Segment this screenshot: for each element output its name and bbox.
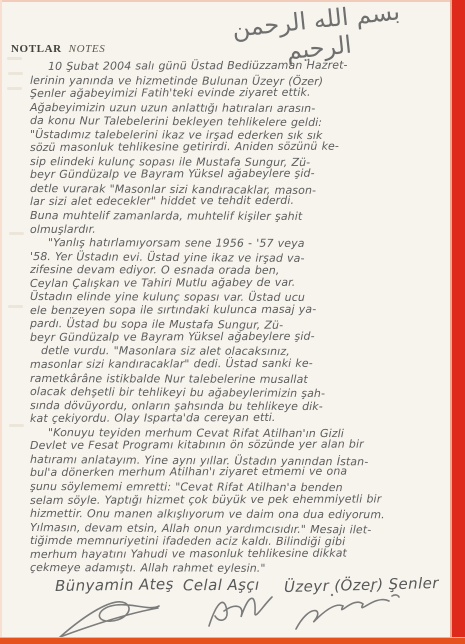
margin-smudge	[9, 424, 24, 427]
header-notes-label: NOTES	[69, 43, 106, 55]
handwritten-line: lar sizi alet edecekler" hiddet ve tehdi…	[30, 194, 456, 209]
margin-smudge	[9, 232, 24, 235]
scan-edge-top	[0, 0, 465, 2]
margin-smudge	[7, 57, 22, 60]
handwritten-line: 10 Şubat 2004 salı günü Üstad Bediüzzama…	[30, 58, 456, 73]
notebook-header: NOTLARNOTES	[11, 43, 105, 55]
red-border-bottom	[0, 637, 465, 644]
handwritten-line: olmuşlardır.	[30, 221, 456, 236]
handwritten-line: çekmeye adamıştı. Allah rahmet eylesin."	[30, 561, 456, 576]
handwritten-line: Devlet ve Fesat Programı kitabının ön sö…	[30, 437, 456, 452]
handwritten-line: ele benzeyen sopa ile sırtındaki kulunca…	[30, 302, 456, 317]
header-notlar-label: NOTLAR	[11, 43, 62, 55]
handwritten-line: "Yanlış hatırlamıyorsam sene 1956 - '57 …	[30, 236, 456, 251]
handwritten-line: selam söyle. Yaptığı hizmet çok büyük ve…	[30, 492, 456, 507]
signature-name-celal-asci: Celal Aşçı	[183, 576, 260, 595]
scan-edge-left	[0, 0, 2, 644]
handwritten-line: bul'a dönerken merhum Atilhan'ı ziyaret …	[30, 465, 456, 480]
handwritten-body: 10 Şubat 2004 salı günü Üstad Bediüzzama…	[30, 60, 456, 575]
handwritten-line: merhum hayatını Yahudi ve masonluk tehli…	[30, 546, 456, 561]
handwritten-line: kat çekiyordu. Olay Isparta'da cereyan e…	[30, 410, 456, 425]
handwritten-line: beyr Gündüzalp ve Bayram Yüksel ağabeyle…	[30, 329, 456, 344]
signature-scribble-uzeyr	[296, 595, 399, 629]
signature-scribble-bunyamin	[60, 602, 159, 637]
handwritten-line: Ceylan Çalışkan ve Tahiri Mutlu ağabey d…	[30, 275, 456, 290]
handwritten-line: hizmettir. Onu manen alkışlıyorum ve dai…	[30, 507, 456, 522]
red-border-right	[450, 0, 465, 644]
handwritten-line: masonlar sizi kandıracaklar" dedi. Üstad…	[30, 356, 456, 371]
signature-name-bunyamin-ates: Bünyamin Ateş	[55, 575, 174, 595]
handwritten-line: rametkârâne istikbalde Nur talebelerine …	[30, 372, 456, 387]
margin-smudge	[8, 305, 23, 308]
handwritten-line: beyr Gündüzalp ve Bayram Yüksel ağabeyle…	[30, 167, 456, 182]
handwritten-line: Şenler ağabeyimizi Fatih'teki evinde ziy…	[30, 85, 456, 100]
signature-name-uzeyr-senler: Üzeyr (Özer) Şenler	[284, 574, 439, 596]
margin-smudge	[7, 87, 22, 90]
handwritten-line: Ağabeyimizin uzun uzun anlattığı hatıral…	[30, 101, 456, 116]
margin-smudge	[8, 72, 23, 75]
scanned-note-page: بسم الله الرحمن الرحيم NOTLARNOTES 10 Şu…	[0, 0, 465, 644]
signature-scribble-celal	[209, 597, 272, 626]
handwritten-line: sözü masonluk tehlikesine getirirdi. Ani…	[30, 139, 456, 154]
